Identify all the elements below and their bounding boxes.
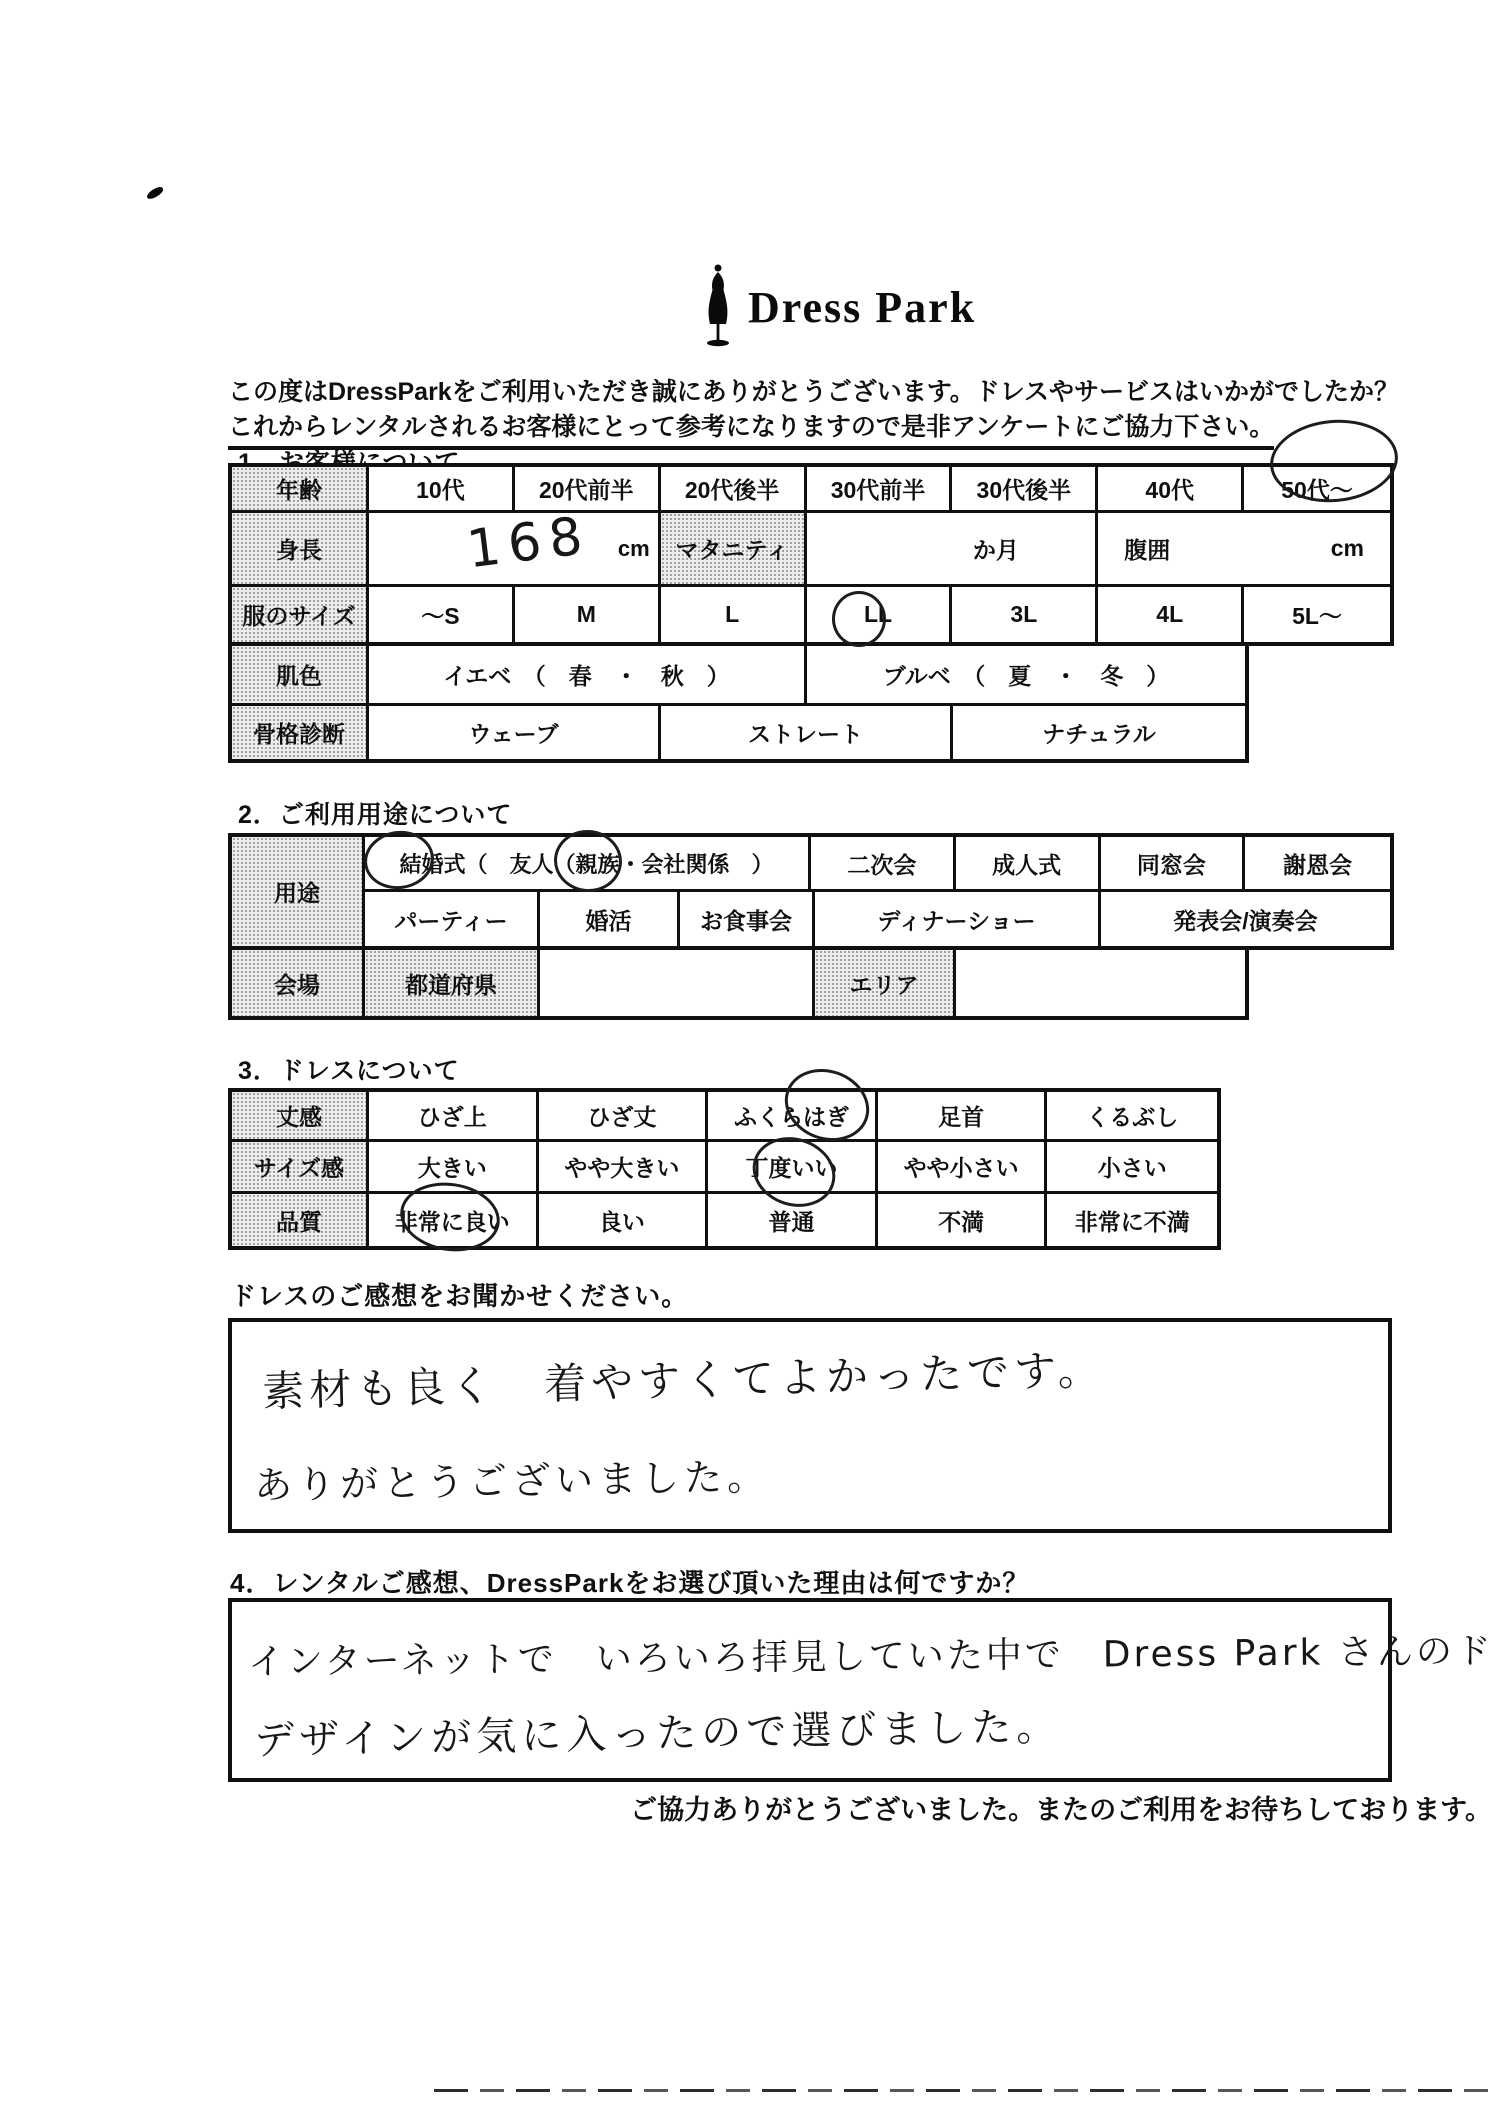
customer-table: 年齢 10代 20代前半 20代後半 30代前半 30代後半 40代 50代～ … (228, 463, 1394, 646)
purpose-label: 用途 (232, 837, 365, 946)
usage-option: パーティー (365, 892, 540, 946)
quality-option: 良い (539, 1194, 709, 1246)
size-option: 4L (1098, 587, 1244, 642)
maternity-label: マタニティ (661, 513, 807, 587)
handwritten-reason-line-2: デザインが気に入ったので選びました。 (254, 1695, 1062, 1766)
area-blank (956, 950, 1245, 1016)
usage-option: ディナーショー (815, 892, 1101, 946)
usage-row-2: パーティー 婚活 お食事会 ディナーショー 発表会/演奏会 (365, 892, 1390, 946)
quality-option: 不満 (878, 1194, 1048, 1246)
row-label: 品質 (232, 1194, 369, 1246)
usage-option: 同窓会 (1101, 837, 1246, 892)
customer-table-lower: 肌色 イエベ （ 春 ・ 秋 ） ブルベ （ 夏 ・ 冬 ） 骨格診断 ウェーブ… (228, 646, 1249, 763)
age-option: 20代後半 (661, 467, 807, 513)
usage-option: お食事会 (680, 892, 815, 946)
usage-row-1: 結婚式（ 友人（親族・会社関係 ） 二次会 成人式 同窓会 謝恩会 (365, 837, 1390, 892)
size-option: 3L (952, 587, 1098, 642)
frame-option: ナチュラル (953, 706, 1245, 759)
length-row: 丈感 ひざ上 ひざ丈 ふくらはぎ 足首 くるぶし (232, 1092, 1217, 1142)
handwritten-height: 168 (464, 513, 594, 580)
length-option: ひざ上 (369, 1092, 539, 1142)
section2-heading: 2．ご利用用途について (238, 795, 512, 831)
usage-option: 二次会 (811, 837, 956, 892)
section4-heading: 4．レンタルご感想、DressParkをお選び頂いた理由は何ですか？ (230, 1563, 1029, 1600)
size-option: ～S (369, 587, 515, 642)
venue-row: 会場 都道府県 エリア (228, 950, 1249, 1020)
length-option: くるぶし (1047, 1092, 1217, 1142)
row-label: 骨格診断 (232, 706, 369, 759)
row-label: 身長 (232, 513, 369, 587)
age-option: 30代前半 (807, 467, 953, 513)
fit-option: 小さい (1047, 1142, 1217, 1194)
skin-option: ブルベ （ 夏 ・ 冬 ） (807, 646, 1245, 706)
row-label: 肌色 (232, 646, 369, 706)
feedback-heading: ドレスのご感想をお聞かせください。 (230, 1276, 688, 1313)
circle-size-L (832, 591, 886, 647)
usage-option: 婚活 (540, 892, 680, 946)
fit-option: やや小さい (878, 1142, 1048, 1194)
age-option: 20代前半 (515, 467, 661, 513)
row-label: 年齢 (232, 467, 369, 513)
waist-label: 腹囲 (1124, 532, 1170, 565)
size-option: 5L～ (1244, 587, 1390, 642)
size-row: 服のサイズ ～S M L LL 3L 4L 5L～ (232, 587, 1390, 642)
row-label: サイズ感 (232, 1142, 369, 1194)
age-row: 年齢 10代 20代前半 20代後半 30代前半 30代後半 40代 50代～ (232, 467, 1390, 513)
dress-form-icon (700, 264, 736, 350)
row-label: 服のサイズ (232, 587, 369, 642)
height-value-cell: 168 cm (369, 513, 661, 587)
scanned-survey-page: Dress Park この度はDressParkをご利用いただき誠にありがとうご… (0, 0, 1500, 2127)
scan-edge-line (434, 2089, 1500, 2092)
closing-text: ご協力ありがとうございました。またのご利用をお待ちしております。 (460, 1788, 1492, 1827)
handwritten-feedback-line-1: 素材も良く 着やすくてよかったです。 (261, 1337, 1105, 1419)
unit-cm: cm (618, 536, 650, 562)
reason-box: インターネットで いろいろ拝見していた中で Dress Park さんのドレスの… (228, 1598, 1392, 1782)
handwritten-feedback-line-2: ありがとうございました。 (254, 1446, 771, 1510)
usage-option: 成人式 (956, 837, 1101, 892)
dress-table: 丈感 ひざ上 ひざ丈 ふくらはぎ 足首 くるぶし サイズ感 大きい やや大きい … (228, 1088, 1221, 1250)
section3-heading: 3．ドレスについて (238, 1051, 460, 1087)
unit-cm: cm (1331, 535, 1364, 562)
length-option: 足首 (878, 1092, 1048, 1142)
usage-option: 発表会/演奏会 (1101, 892, 1390, 946)
quality-row: 品質 非常に良い 良い 普通 不満 非常に不満 (232, 1194, 1217, 1246)
quality-option: 非常に不満 (1047, 1194, 1217, 1246)
frame-option: ウェーブ (369, 706, 661, 759)
intro-line-1: この度はDressParkをご利用いただき誠にありがとうございます。ドレスやサー… (228, 372, 1399, 408)
height-row: 身長 168 cm マタニティ か月 腹囲 cm (232, 513, 1390, 587)
area-label: エリア (815, 950, 956, 1016)
feedback-box: 素材も良く 着やすくてよかったです。 ありがとうございました。 (228, 1318, 1392, 1533)
pen-mark (145, 185, 165, 201)
frame-row: 骨格診断 ウェーブ ストレート ナチュラル (232, 706, 1245, 759)
venue-label: 会場 (232, 950, 365, 1016)
fit-option: やや大きい (539, 1142, 709, 1194)
skin-row: 肌色 イエベ （ 春 ・ 秋 ） ブルベ （ 夏 ・ 冬 ） (232, 646, 1245, 706)
length-option: ひざ丈 (539, 1092, 709, 1142)
brand-name: Dress Park (748, 282, 976, 333)
prefecture-blank (540, 950, 815, 1016)
row-label: 丈感 (232, 1092, 369, 1142)
waist-cell: 腹囲 cm (1098, 513, 1390, 587)
usage-option: 謝恩会 (1245, 837, 1390, 892)
age-option: 30代後半 (952, 467, 1098, 513)
skin-option: イエベ （ 春 ・ 秋 ） (369, 646, 807, 706)
prefecture-label: 都道府県 (365, 950, 540, 1016)
months-cell: か月 (807, 513, 1099, 587)
logo: Dress Park (700, 264, 976, 350)
size-option: M (515, 587, 661, 642)
handwritten-reason-line-1: インターネットで いろいろ拝見していた中で Dress Park さんのドレスの (248, 1622, 1500, 1685)
frame-option: ストレート (661, 706, 953, 759)
fit-row: サイズ感 大きい やや大きい 丁度いい やや小さい 小さい (232, 1142, 1217, 1194)
age-option: 40代 (1098, 467, 1244, 513)
age-option: 10代 (369, 467, 515, 513)
size-option-circled: L (661, 587, 807, 642)
